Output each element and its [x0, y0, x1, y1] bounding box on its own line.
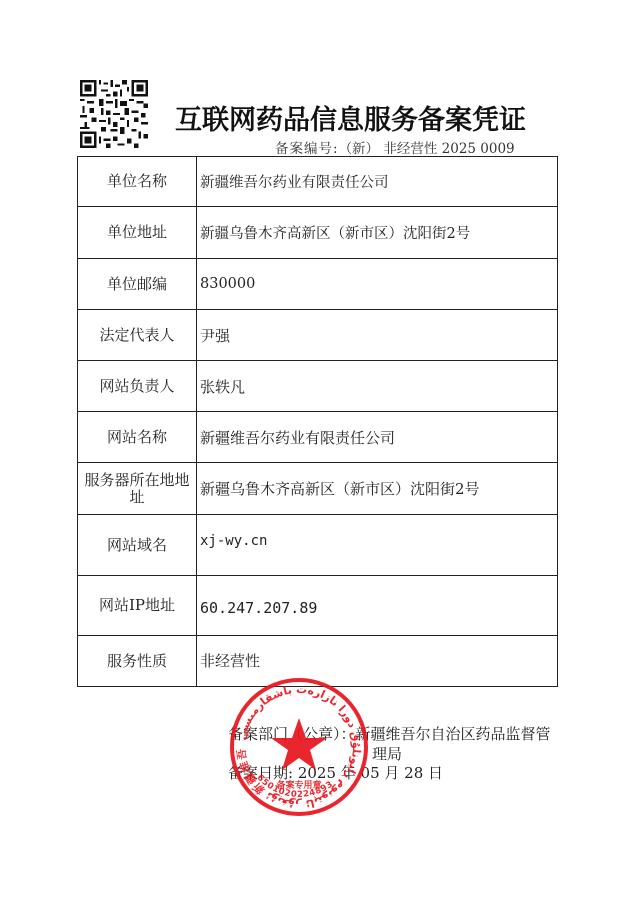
certificate-title: 互联网药品信息服务备案凭证	[175, 98, 526, 137]
row-label: 单位地址	[78, 207, 197, 259]
row-label: 单位邮编	[78, 259, 197, 310]
row-label: 单位名称	[78, 157, 197, 207]
row-label: 网站名称	[78, 412, 197, 463]
row-label: 服务器所在地地址	[78, 463, 197, 515]
table-row: 网站负责人 张轶凡	[78, 361, 558, 412]
filing-department-value-continued: 理局	[372, 743, 402, 764]
row-value: 60.247.207.89	[197, 576, 558, 636]
row-value: 张轶凡	[197, 361, 558, 412]
row-value: 尹强	[197, 310, 558, 361]
row-label: 服务性质	[78, 636, 197, 687]
table-row: 网站名称 新疆维吾尔药业有限责任公司	[78, 412, 558, 463]
registration-number-line: 备案编号:（新） 非经营性 2025 0009	[275, 137, 515, 157]
row-value: 新疆乌鲁木齐高新区（新市区）沈阳街2号	[197, 463, 558, 515]
row-label: 网站域名	[78, 515, 197, 576]
certificate-table: 单位名称 新疆维吾尔药业有限责任公司 单位地址 新疆乌鲁木齐高新区（新市区）沈阳…	[77, 156, 558, 687]
row-value: 新疆维吾尔药业有限责任公司	[197, 157, 558, 207]
row-label: 网站IP地址	[78, 576, 197, 636]
table-row: 单位地址 新疆乌鲁木齐高新区（新市区）沈阳街2号	[78, 207, 558, 259]
table-row: 网站IP地址 60.247.207.89	[78, 576, 558, 636]
row-value: 新疆乌鲁木齐高新区（新市区）沈阳街2号	[197, 207, 558, 259]
row-value: 新疆维吾尔药业有限责任公司	[197, 412, 558, 463]
row-value: xj-wy.cn	[197, 515, 558, 576]
row-label: 网站负责人	[78, 361, 197, 412]
table-row: 法定代表人 尹强	[78, 310, 558, 361]
table-row: 网站域名 xj-wy.cn	[78, 515, 558, 576]
row-value: 830000	[197, 259, 558, 310]
table-row: 单位邮编 830000	[78, 259, 558, 310]
table-row: 单位名称 新疆维吾尔药业有限责任公司	[78, 157, 558, 207]
qr-code-image	[80, 80, 148, 148]
row-label: 法定代表人	[78, 310, 197, 361]
registration-number-label: 备案编号:	[275, 141, 339, 157]
table-row: 服务器所在地地址 新疆乌鲁木齐高新区（新市区）沈阳街2号	[78, 463, 558, 515]
official-seal-stamp: ئۇيغۇر ئاپتونوم رايونلۇق دورا نازارەت با…	[228, 676, 370, 818]
filing-department-value: 新疆维吾尔自治区药品监督管	[356, 725, 551, 743]
registration-number-value: （新） 非经营性 2025 0009	[339, 141, 515, 157]
